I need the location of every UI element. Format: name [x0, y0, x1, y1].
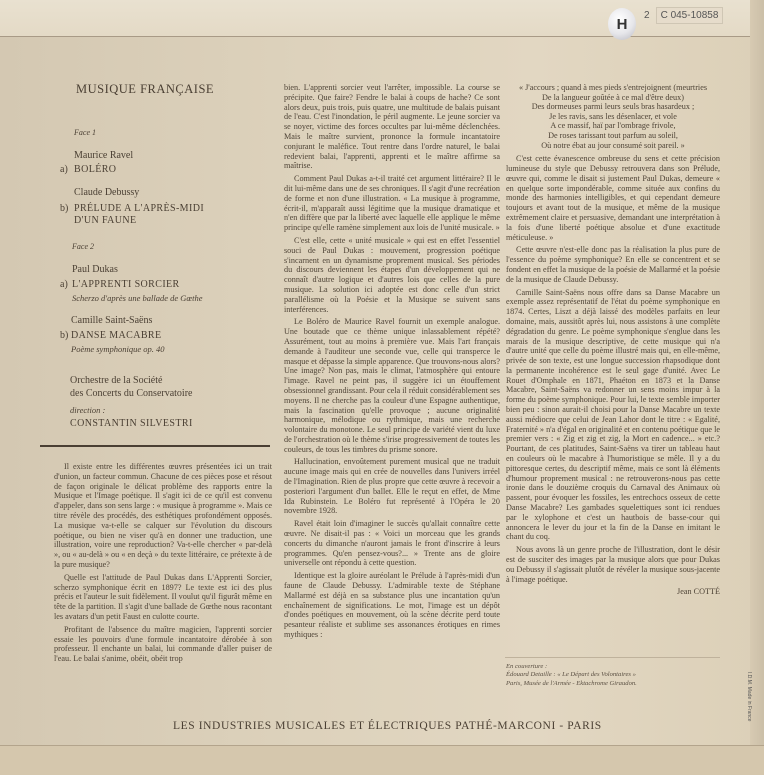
catalog-number: 2 C 045-10858	[644, 7, 723, 24]
paragraph: Comment Paul Dukas a-t-il traité cet arg…	[284, 174, 500, 233]
composer-debussy: Claude Debussy	[74, 187, 139, 198]
liner-notes-column-3: « J'accours ; quand à mes pieds s'entrej…	[506, 83, 720, 597]
liner-notes-column-2: bien. L'apprenti sorcier veut l'arrêter,…	[284, 83, 500, 643]
paragraph: C'est cette évanescence ombreuse du sens…	[506, 154, 720, 242]
paragraph: Ravel était loin d'imaginer le succès qu…	[284, 519, 500, 568]
work-danse-macabre: DANSE MACABRE	[71, 330, 162, 341]
liner-notes-column-1: Il existe entre les différentes œuvres p…	[54, 462, 272, 667]
section-divider	[40, 445, 270, 447]
poem-line: De roses tarissant tout parfum au soleil…	[506, 131, 720, 141]
price-sticker: H	[608, 8, 636, 40]
paragraph: Il existe entre les différentes œuvres p…	[54, 462, 272, 570]
track-marker: a)	[60, 164, 68, 175]
cover-credit-line: Édouard Detaille : « Le Départ des Volon…	[506, 671, 637, 679]
paragraph: Nous avons là un genre proche de l'illus…	[506, 545, 720, 584]
face-2-label: Face 2	[72, 242, 94, 251]
cover-credit: En couverture : Édouard Detaille : « Le …	[506, 663, 637, 688]
poem-line: A ce massif, haï par l'ombrage frivole,	[506, 121, 720, 131]
poem-line: « J'accours ; quand à mes pieds s'entrej…	[506, 83, 720, 93]
orchestra-line-2: des Concerts du Conservatoire	[70, 388, 192, 399]
author-signature: Jean COTTÉ	[506, 587, 720, 597]
cover-credit-divider	[505, 657, 720, 658]
paragraph: bien. L'apprenti sorcier veut l'arrêter,…	[284, 83, 500, 171]
paragraph: Camille Saint-Saëns nous offre dans sa D…	[506, 288, 720, 543]
sticker-letter: H	[617, 16, 628, 33]
composer-dukas: Paul Dukas	[72, 264, 118, 275]
catalog-prefix: 2	[644, 10, 650, 21]
paragraph: Quelle est l'attitude de Paul Dukas dans…	[54, 573, 272, 622]
poem-line: De la langueur goûtée à ce mal d'être de…	[506, 93, 720, 103]
paragraph: Le Boléro de Maurice Ravel fournit un ex…	[284, 317, 500, 454]
work-bolero: BOLÉRO	[74, 164, 116, 175]
cover-credit-line: Paris, Musée de l'Armée - Ektachrome Gir…	[506, 680, 637, 688]
direction-label: direction :	[70, 405, 105, 415]
paragraph: Profitant de l'absence du maître magicie…	[54, 625, 272, 664]
poem-line: Où notre ébat au jour consumé soit parei…	[506, 141, 720, 151]
face-1-label: Face 1	[74, 128, 96, 137]
sleeve-spine	[750, 0, 764, 775]
poem-line: Des dormeuses parmi leurs seuls bras has…	[506, 102, 720, 112]
work-apprenti-sorcier: L'APPRENTI SORCIER	[72, 279, 180, 290]
work-subtitle: Poème symphonique op. 40	[71, 344, 164, 354]
composer-saint-saens: Camille Saint-Saëns	[71, 315, 152, 326]
publisher-footer: LES INDUSTRIES MUSICALES ET ÉLECTRIQUES …	[173, 720, 602, 732]
sleeve-bottom-edge	[0, 745, 764, 775]
work-prelude-line2: D'UN FAUNE	[74, 215, 137, 226]
album-title: MUSIQUE FRANÇAISE	[76, 82, 214, 97]
paragraph: Identique est la gloire auréolant le Pré…	[284, 571, 500, 640]
track-marker: b)	[60, 203, 68, 214]
poem-line: Je les ravis, sans les désenlacer, et vo…	[506, 112, 720, 122]
paragraph: Hallucination, envoûtement purement musi…	[284, 457, 500, 516]
paragraph: Cette œuvre n'est-elle donc pas la réali…	[506, 245, 720, 284]
work-prelude: PRÉLUDE A L'APRÈS-MIDI	[74, 203, 204, 214]
mallarme-poem: « J'accours ; quand à mes pieds s'entrej…	[506, 83, 720, 150]
track-marker: a)	[60, 279, 68, 290]
work-subtitle: Scherzo d'après une ballade de Gœthe	[72, 293, 202, 303]
catalog-code: C 045-10858	[656, 7, 724, 24]
conductor-name: CONSTANTIN SILVESTRI	[70, 418, 193, 429]
composer-ravel: Maurice Ravel	[74, 150, 133, 161]
paragraph: C'est elle, cette « unité musicale » qui…	[284, 236, 500, 314]
printer-imprint: I.D.M. Made in France	[746, 672, 752, 721]
track-marker: b)	[60, 330, 68, 341]
orchestra-line-1: Orchestre de la Société	[70, 375, 162, 386]
